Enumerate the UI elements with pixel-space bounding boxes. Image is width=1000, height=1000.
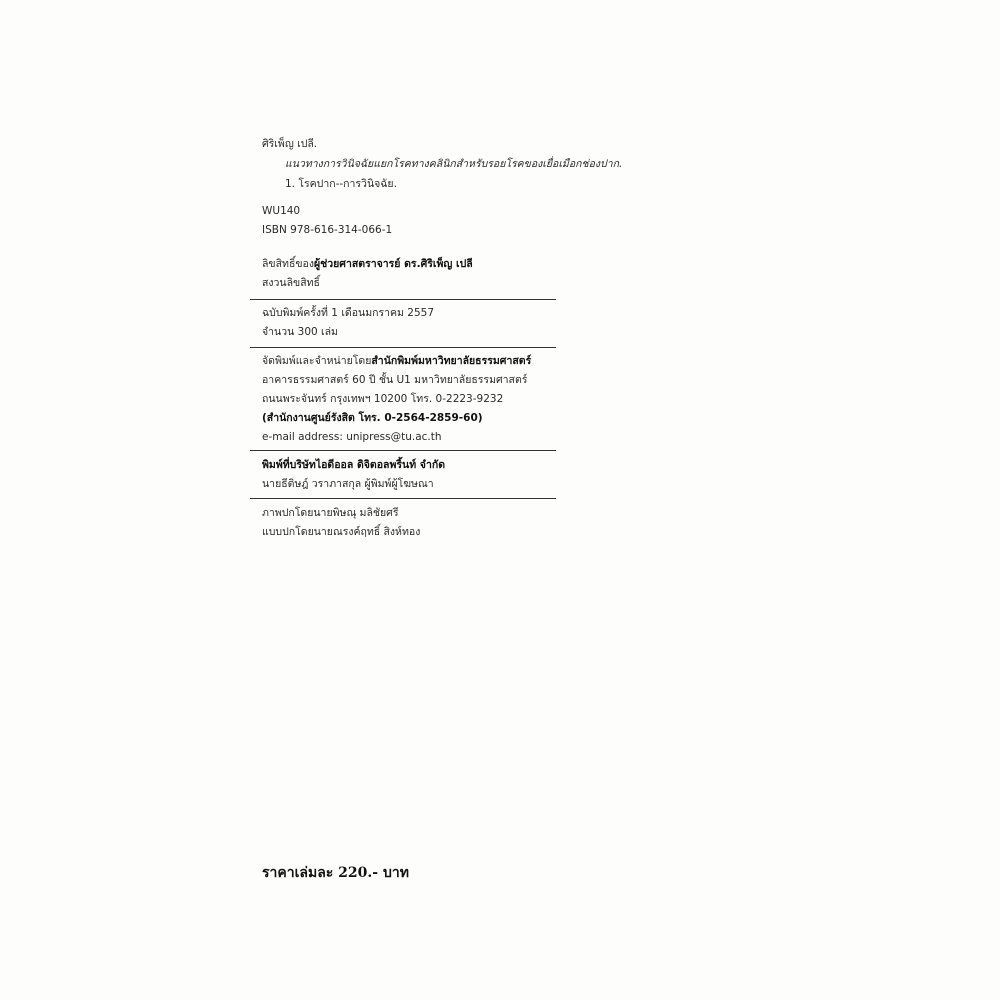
copyright-owner: ลิขสิทธิ์ของผู้ช่วยศาสตราจารย์ ดร.ศิริเพ… [262, 257, 473, 271]
divider [250, 450, 556, 451]
edition-copies: จำนวน 300 เล่ม [262, 325, 338, 339]
price: ราคาเล่มละ 220.- บาท [262, 862, 409, 884]
classification-number: WU140 [262, 204, 300, 218]
publisher-name: สำนักพิมพ์มหาวิทยาลัยธรรมศาสตร์ [371, 355, 531, 367]
publisher-address-2: ถนนพระจันทร์ กรุงเทพฯ 10200 โทร. 0-2223-… [262, 392, 503, 406]
printer-advertiser: นายธีติษฎ์ วราภาสกุล ผู้พิมพ์ผู้โฆษณา [262, 477, 434, 491]
isbn: ISBN 978-616-314-066-1 [262, 223, 392, 237]
publisher-address-1: อาคารธรรมศาสตร์ 60 ปี ชั้น U1 มหาวิทยาลั… [262, 373, 527, 387]
publisher-line: จัดพิมพ์และจำหน่ายโดยสำนักพิมพ์มหาวิทยาล… [262, 354, 531, 368]
divider [250, 299, 556, 300]
copyright-owner-prefix: ลิขสิทธิ์ของ [262, 258, 314, 270]
book-title: แนวทางการวินิจฉัยแยกโรคทางคลินิกสำหรับรอ… [285, 157, 622, 171]
cover-design-credit: แบบปกโดยนายณรงค์ฤทธิ์ สิงห์ทอง [262, 525, 420, 539]
divider [250, 347, 556, 348]
copyright-page: ศิริเพ็ญ เปลี. แนวทางการวินิจฉัยแยกโรคทา… [0, 0, 1000, 1000]
subject-heading: 1. โรคปาก--การวินิจฉัย. [285, 177, 397, 191]
edition-printing: ฉบับพิมพ์ครั้งที่ 1 เดือนมกราคม 2557 [262, 306, 434, 320]
publisher-prefix: จัดพิมพ์และจำหน่ายโดย [262, 355, 371, 367]
rangsit-office: (สำนักงานศูนย์รังสิต โทร. 0-2564-2859-60… [262, 411, 483, 425]
publisher-email: e-mail address: unipress@tu.ac.th [262, 430, 442, 444]
all-rights-reserved: สงวนลิขสิทธิ์ [262, 276, 320, 290]
copyright-owner-name: ผู้ช่วยศาสตราจารย์ ดร.ศิริเพ็ญ เปลี [314, 258, 473, 270]
cover-photo-credit: ภาพปกโดยนายพิษณุ มลิชัยศรี [262, 506, 398, 520]
author-entry: ศิริเพ็ญ เปลี. [262, 137, 317, 151]
divider [250, 498, 556, 499]
printer-name: พิมพ์ที่บริษัทไอดีออล ดิจิตอลพริ้นท์ จำก… [262, 458, 445, 472]
